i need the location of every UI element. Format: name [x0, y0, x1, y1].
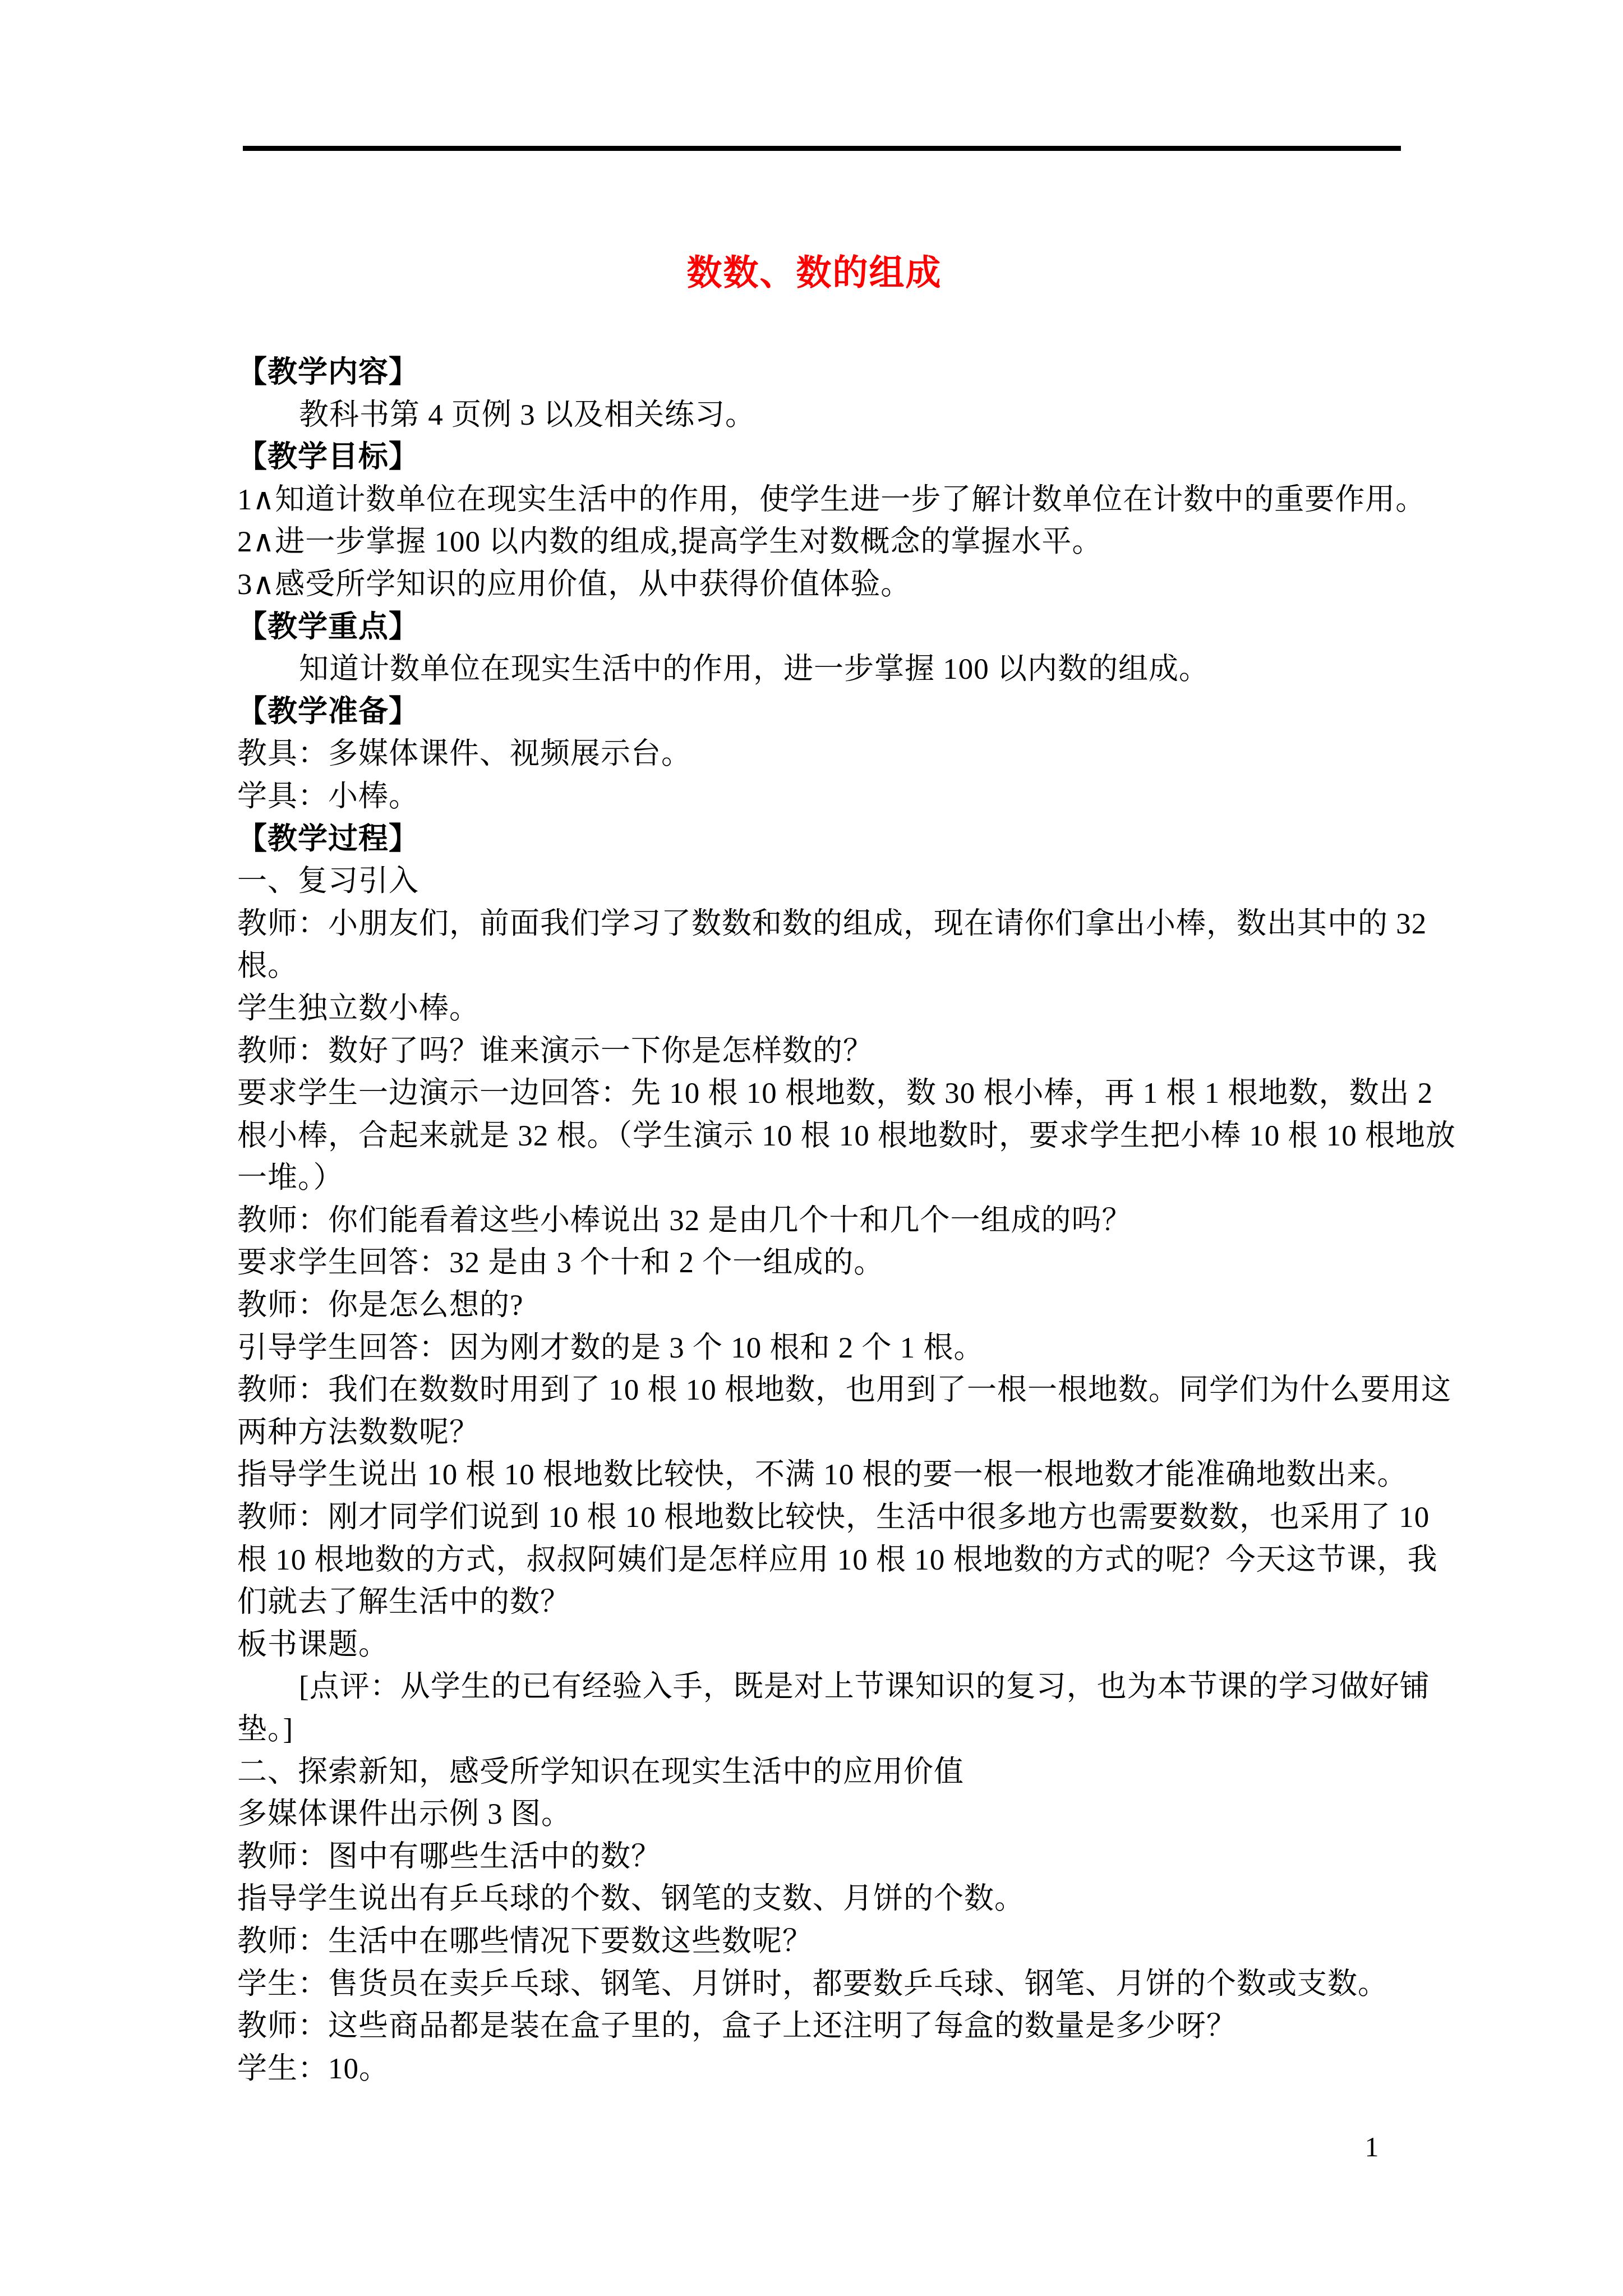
text-line: 们就去了解生活中的数？ — [237, 1581, 1394, 1624]
section-heading: 【教学内容】 — [237, 352, 1394, 394]
page-number: 1 — [1344, 2129, 1400, 2164]
section-heading: 【教学目标】 — [237, 436, 1394, 479]
text-line: 垫。] — [237, 1709, 1394, 1751]
text-line: 知道计数单位在现实生活中的作用，进一步掌握 100 以内数的组成。 — [237, 648, 1394, 691]
text-line: 学具：小棒。 — [237, 776, 1394, 818]
document-body: 【教学内容】 教科书第 4 页例 3 以及相关练习。 【教学目标】 1∧知道计数… — [237, 352, 1394, 2090]
text-line: [点评：从学生的已有经验入手，既是对上节课知识的复习，也为本节课的学习做好铺 — [237, 1666, 1394, 1709]
text-line: 指导学生说出有乒乓球的个数、钢笔的支数、月饼的个数。 — [237, 1878, 1394, 1921]
document-page: 数数、数的组成 【教学内容】 教科书第 4 页例 3 以及相关练习。 【教学目标… — [0, 0, 1623, 2296]
text-line: 一、复习引入 — [237, 861, 1394, 903]
text-line: 多媒体课件出示例 3 图。 — [237, 1793, 1394, 1836]
text-line: 教师：小朋友们，前面我们学习了数数和数的组成，现在请你们拿出小棒，数出其中的 3… — [237, 903, 1394, 946]
text-line: 根 10 根地数的方式，叔叔阿姨们是怎样应用 10 根 10 根地数的方式的呢？… — [237, 1539, 1394, 1582]
text-line: 2∧进一步掌握 100 以内数的组成,提高学生对数概念的掌握水平。 — [237, 521, 1394, 564]
section-heading: 【教学准备】 — [237, 691, 1394, 734]
text-line: 3∧感受所学知识的应用价值，从中获得价值体验。 — [237, 564, 1394, 606]
section-heading: 【教学重点】 — [237, 606, 1394, 649]
document-title: 数数、数的组成 — [237, 254, 1391, 292]
text-line: 教具：多媒体课件、视频展示台。 — [237, 733, 1394, 776]
text-line: 根小棒，合起来就是 32 根。（学生演示 10 根 10 根地数时，要求学生把小… — [237, 1115, 1394, 1158]
text-line: 二、探索新知，感受所学知识在现实生活中的应用价值 — [237, 1751, 1394, 1794]
text-line: 教师：图中有哪些生活中的数？ — [237, 1836, 1394, 1879]
text-line: 教师：你们能看着这些小棒说出 32 是由几个十和几个一组成的吗？ — [237, 1200, 1394, 1243]
text-line: 两种方法数数呢？ — [237, 1412, 1394, 1455]
text-line: 教师：生活中在哪些情况下要数这些数呢？ — [237, 1921, 1394, 1963]
text-line: 学生：售货员在卖乒乓球、钢笔、月饼时，都要数乒乓球、钢笔、月饼的个数或支数。 — [237, 1963, 1394, 2006]
text-line: 引导学生回答：因为刚才数的是 3 个 10 根和 2 个 1 根。 — [237, 1327, 1394, 1370]
text-line: 教科书第 4 页例 3 以及相关练习。 — [237, 394, 1394, 437]
text-line: 要求学生一边演示一边回答：先 10 根 10 根地数，数 30 根小棒，再 1 … — [237, 1073, 1394, 1115]
text-line: 指导学生说出 10 根 10 根地数比较快，不满 10 根的要一根一根地数才能准… — [237, 1454, 1394, 1497]
text-line: 根。 — [237, 945, 1394, 988]
text-line: 教师：你是怎么想的? — [237, 1285, 1394, 1327]
section-heading: 【教学过程】 — [237, 818, 1394, 861]
header-divider-rule — [243, 146, 1401, 151]
text-line: 学生独立数小棒。 — [237, 988, 1394, 1030]
text-line: 要求学生回答：32 是由 3 个十和 2 个一组成的。 — [237, 1242, 1394, 1285]
text-line: 板书课题。 — [237, 1624, 1394, 1667]
text-line: 教师：我们在数数时用到了 10 根 10 根地数，也用到了一根一根地数。同学们为… — [237, 1369, 1394, 1412]
text-line: 一堆。） — [237, 1157, 1394, 1200]
text-line: 1∧知道计数单位在现实生活中的作用，使学生进一步了解计数单位在计数中的重要作用。 — [237, 479, 1394, 522]
text-line: 教师：数好了吗？谁来演示一下你是怎样数的？ — [237, 1030, 1394, 1073]
text-line: 学生：10。 — [237, 2048, 1394, 2091]
text-line: 教师：这些商品都是装在盒子里的，盒子上还注明了每盒的数量是多少呀？ — [237, 2005, 1394, 2048]
text-line: 教师：刚才同学们说到 10 根 10 根地数比较快，生活中很多地方也需要数数，也… — [237, 1497, 1394, 1539]
